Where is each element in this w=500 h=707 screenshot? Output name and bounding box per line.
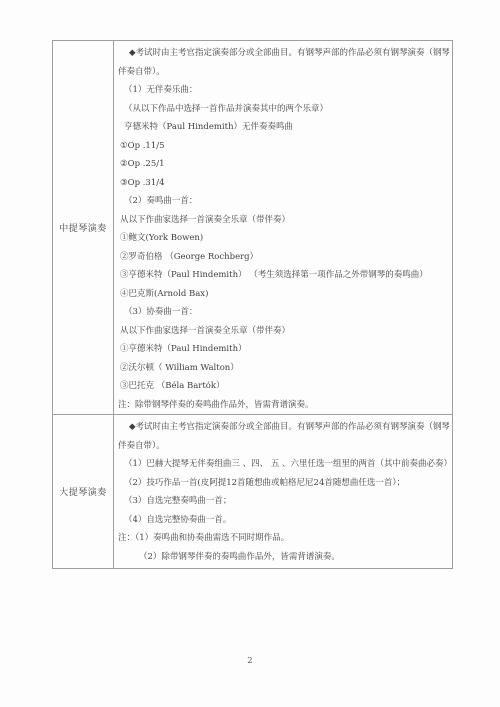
content-line: （从以下作品中选择一首作品并演奏其中的两个乐章）: [118, 100, 449, 119]
content-line: （3）自选完整奏鸣曲一首；: [118, 492, 449, 511]
content-line: ①鲍文(York Bowen): [118, 229, 449, 248]
content-line: ②沃尔顿（ William Walton）: [118, 359, 449, 378]
content-line: ①Op .11/5: [118, 137, 449, 156]
content-line: （1）巴赫大提琴无伴奏组曲三 、四、 五 、六里任选一组里的两首（其中前奏曲必奏…: [118, 455, 449, 474]
row-content: ◆考试时由主考官指定演奏部分或全部曲目。有钢琴声部的作品必须有钢琴演奏（钢琴伴奏…: [114, 41, 452, 414]
table-row: 中提琴演奏◆考试时由主考官指定演奏部分或全部曲目。有钢琴声部的作品必须有钢琴演奏…: [53, 41, 452, 414]
content-line: ◆考试时由主考官指定演奏部分或全部曲目。有钢琴声部的作品必须有钢琴演奏（钢琴: [118, 44, 449, 63]
content-line: （2）技巧作品一首(皮阿提12首随想曲或帕格尼尼24首随想曲任选一首）；: [118, 474, 449, 493]
content-line: （2）除带钢琴伴奏的奏鸣曲作品外，皆需背谱演奏。: [118, 548, 449, 567]
content-line: 从以下作曲家选择一首演奏全乐章（带伴奏）: [118, 211, 449, 230]
content-line: 注：（1）奏鸣曲和协奏曲需选不同时期作品。: [118, 529, 449, 548]
content-line: （2）奏鸣曲一首：: [118, 192, 449, 211]
table-row: 大提琴演奏◆考试时由主考官指定演奏部分或全部曲目。有钢琴声部的作品必须有钢琴演奏…: [53, 414, 452, 568]
document-table: 中提琴演奏◆考试时由主考官指定演奏部分或全部曲目。有钢琴声部的作品必须有钢琴演奏…: [52, 40, 453, 569]
content-line: ③Op .31/4: [118, 174, 449, 193]
content-line: ④巴克斯(Arnold Bax): [118, 285, 449, 304]
content-line: ②Op .25/1: [118, 155, 449, 174]
content-line: ③亨德米特（Paul Hindemith） （考生须选择第一项作品之外带钢琴的奏…: [118, 266, 449, 285]
content-line: 伴奏自带）。: [118, 63, 449, 82]
row-label: 大提琴演奏: [53, 415, 114, 568]
content-line: （4）自选完整协奏曲一首。: [118, 511, 449, 530]
content-line: 注：除带钢琴伴奏的奏鸣曲作品外，皆需背谱演奏。: [118, 396, 449, 415]
content-line: ②罗奇伯格 （George Rochberg）: [118, 248, 449, 267]
row-label: 中提琴演奏: [53, 41, 114, 414]
content-line: ◆考试时由主考官指定演奏部分或全部曲目。有钢琴声部的作品必须有钢琴演奏（钢琴: [118, 418, 449, 437]
content-line: ③巴托克 （Béla Bartók）: [118, 377, 449, 396]
content-line: （3）协奏曲一首：: [118, 303, 449, 322]
content-line: ①亨德米特（Paul Hindemith）: [118, 340, 449, 359]
row-content: ◆考试时由主考官指定演奏部分或全部曲目。有钢琴声部的作品必须有钢琴演奏（钢琴伴奏…: [114, 415, 452, 568]
content-line: 伴奏自带）。: [118, 437, 449, 456]
page-number: 2: [0, 656, 500, 666]
content-line: （1）无伴奏乐曲：: [118, 81, 449, 100]
content-line: 亨德米特（Paul Hindemith）无伴奏奏鸣曲: [118, 118, 449, 137]
content-line: 从以下作曲家选择一首演奏全乐章（带伴奏）: [118, 322, 449, 341]
